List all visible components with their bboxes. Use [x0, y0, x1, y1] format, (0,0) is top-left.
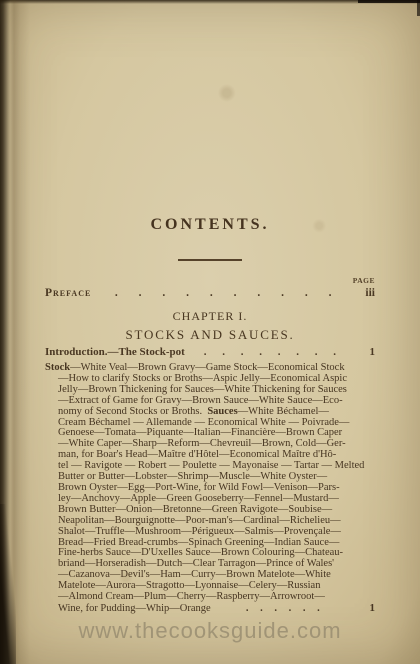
- page-content: CONTENTS. PAGE Preface . . . . . . . . .…: [45, 0, 375, 664]
- contents-heading: CONTENTS.: [45, 216, 375, 234]
- toc-last-line: Wine, for Pudding—Whip—Orange . . . . . …: [45, 603, 375, 615]
- watermark: www.thecooksguide.com: [0, 618, 420, 644]
- page-column-label: PAGE: [353, 276, 375, 285]
- dot-leader: . . . . . .: [211, 604, 355, 615]
- book-scan-photo: CONTENTS. PAGE Preface . . . . . . . . .…: [0, 0, 420, 664]
- toc-paragraph: Stock—White Veal—Brown Gravy—Game Stock—…: [45, 363, 375, 615]
- preface-entry: Preface . . . . . . . . . . iii: [45, 287, 375, 299]
- introduction-page-number: 1: [355, 346, 375, 358]
- toc-line: —Almond Cream—Plum—Cherry—Raspberry—Arro…: [45, 592, 375, 603]
- chapter-heading: CHAPTER I.: [45, 309, 375, 324]
- chapter-subtitle: STOCKS AND SAUCES.: [45, 327, 375, 343]
- toc-last-line-text: Wine, for Pudding—Whip—Orange: [58, 604, 211, 615]
- dot-leader: . . . . . . . . . .: [91, 287, 355, 299]
- divider-rule: [178, 259, 242, 261]
- preface-page-number: iii: [355, 287, 375, 299]
- dot-leader: . . . . . . . .: [185, 346, 355, 358]
- introduction-entry: Introduction.—The Stock-pot . . . . . . …: [45, 346, 375, 358]
- preface-label: Preface: [45, 287, 91, 299]
- toc-page-number: 1: [355, 603, 375, 614]
- introduction-label: Introduction.—The Stock-pot: [45, 346, 185, 358]
